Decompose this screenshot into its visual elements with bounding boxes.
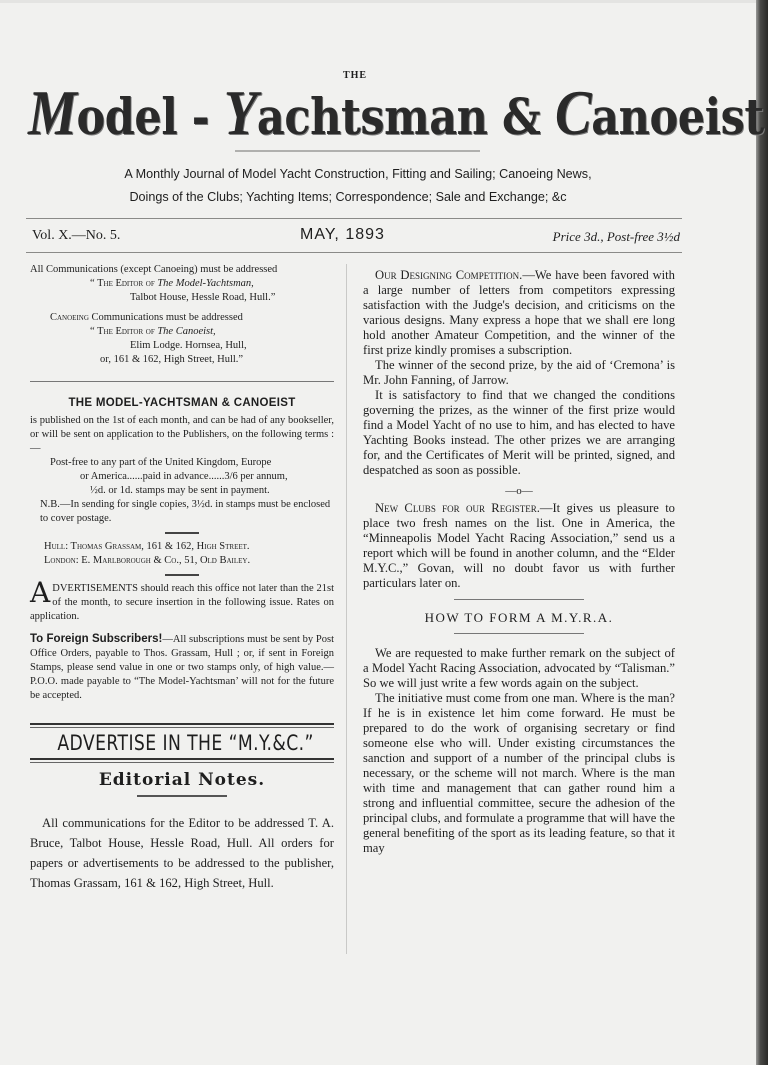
advertise-banner: ADVERTISE IN THE “M.Y.&C.” [57,736,306,750]
comm-address-1: Talbot House, Hessle Road, Hull.” [30,291,334,305]
editorial-rule [137,795,227,797]
terms-line1: Post-free to any part of the United King… [30,456,334,470]
page-top-edge [0,0,760,3]
myra-heading: HOW TO FORM A M.Y.R.A. [363,610,675,625]
advertisements-notice: ADVERTISEMENTS should reach this office … [30,582,334,624]
foreign-heading: To Foreign Subscribers! [30,633,162,645]
myra-rule-top [454,599,584,600]
myra-rule-bottom [454,633,584,634]
terms-line2: or America......paid in advance......3/6… [30,470,334,484]
myra-paragraph-1: We are requested to make further remark … [363,646,675,691]
masthead-title: Model - Yachtsman & Canoeist. [28,76,596,150]
publication-text: is published on the 1st of each month, a… [30,414,334,456]
left-column: All Communications (except Canoeing) mus… [30,263,334,893]
comm-editor-1: “ The Editor of The Model-Yachtsman, [30,277,334,291]
masthead-subtitle-line1: A Monthly Journal of Model Yacht Constru… [28,167,688,181]
editorial-text: All communications for the Editor to be … [30,813,334,893]
competition-second-prize: The winner of the second prize, by the a… [363,358,675,388]
comm-editor-2-label: “ The Editor of [90,326,157,337]
clubs-paragraph: New Clubs for our Register.—It gives us … [363,501,675,591]
column-divider [346,264,347,954]
competition-heading: Our Designing Competition. [375,268,522,282]
advertise-rule-top [30,723,334,728]
dropcap-a: A [30,582,50,604]
myra-paragraph-2: The initiative must come from one man. W… [363,691,675,856]
separator: —o— [363,484,675,499]
title-initial-y: Y [224,77,257,148]
issue-bar: Vol. X.—No. 5. MAY, 1893 Price 3d., Post… [32,226,680,248]
title-part-yachtsman: achtsman & [257,87,555,146]
title-part-canoeist: anoeist. [591,87,768,146]
publication-rule [30,381,334,382]
issue-bottom-rule [26,252,682,253]
hull-publisher: Hull: Thomas Grassam, 161 & 162, High St… [30,540,334,554]
comm-address-2b: or, 161 & 162, High Street, Hull.” [30,353,334,367]
issue-top-rule [26,218,682,219]
right-column: Our Designing Competition.—We have been … [363,268,675,856]
publication-heading: THE MODEL-YACHTSMAN & CANOEIST [30,396,334,410]
issue-price: Price 3d., Post-free 3½d [553,229,680,245]
comm-editor-1-label: “ The Editor of [90,278,157,289]
publishers-rule-bottom [165,574,199,576]
title-part-model: odel - [77,87,224,146]
competition-paragraph: Our Designing Competition.—We have been … [363,268,675,358]
terms-line3: ½d. or 1d. stamps may be sent in payment… [30,484,334,498]
editorial-heading: Editorial Notes. [30,773,334,787]
canoe-intro-sc: Canoeing [50,312,89,323]
title-initial-c: C [555,77,591,148]
nb-text: N.B.—In sending for single copies, 3½d. … [30,498,334,526]
comm-editor-1-publication: The Model-Yachtsman, [157,278,253,289]
publishers-rule-top [165,532,199,534]
foreign-subscribers: To Foreign Subscribers!—All subscription… [30,632,334,703]
advertise-rule-bottom [30,758,334,763]
competition-prizes: It is satisfactory to find that we chang… [363,388,675,478]
london-publisher: London: E. Marlborough & Co., 51, Old Ba… [30,554,334,568]
comm-editor-2-publication: The Canoeist, [157,326,215,337]
page-binding-edge [756,0,768,1065]
canoe-intro-rest: Communications must be addressed [89,312,243,323]
masthead-rule [235,150,480,152]
comm-intro: All Communications (except Canoeing) mus… [30,263,334,277]
title-initial-m: M [28,77,77,148]
comm-editor-2: “ The Editor of The Canoeist, [30,325,334,339]
advertisements-text: DVERTISEMENTS should reach this office n… [30,583,334,622]
masthead-subtitle-line2: Doings of the Clubs; Yachting Items; Cor… [28,190,668,204]
issue-volume: Vol. X.—No. 5. [32,228,120,244]
canoe-intro: Canoeing Communications must be addresse… [30,311,334,325]
issue-date: MAY, 1893 [300,226,385,244]
clubs-heading: New Clubs for our Register. [375,501,540,515]
comm-address-2a: Elim Lodge. Hornsea, Hull, [30,339,334,353]
